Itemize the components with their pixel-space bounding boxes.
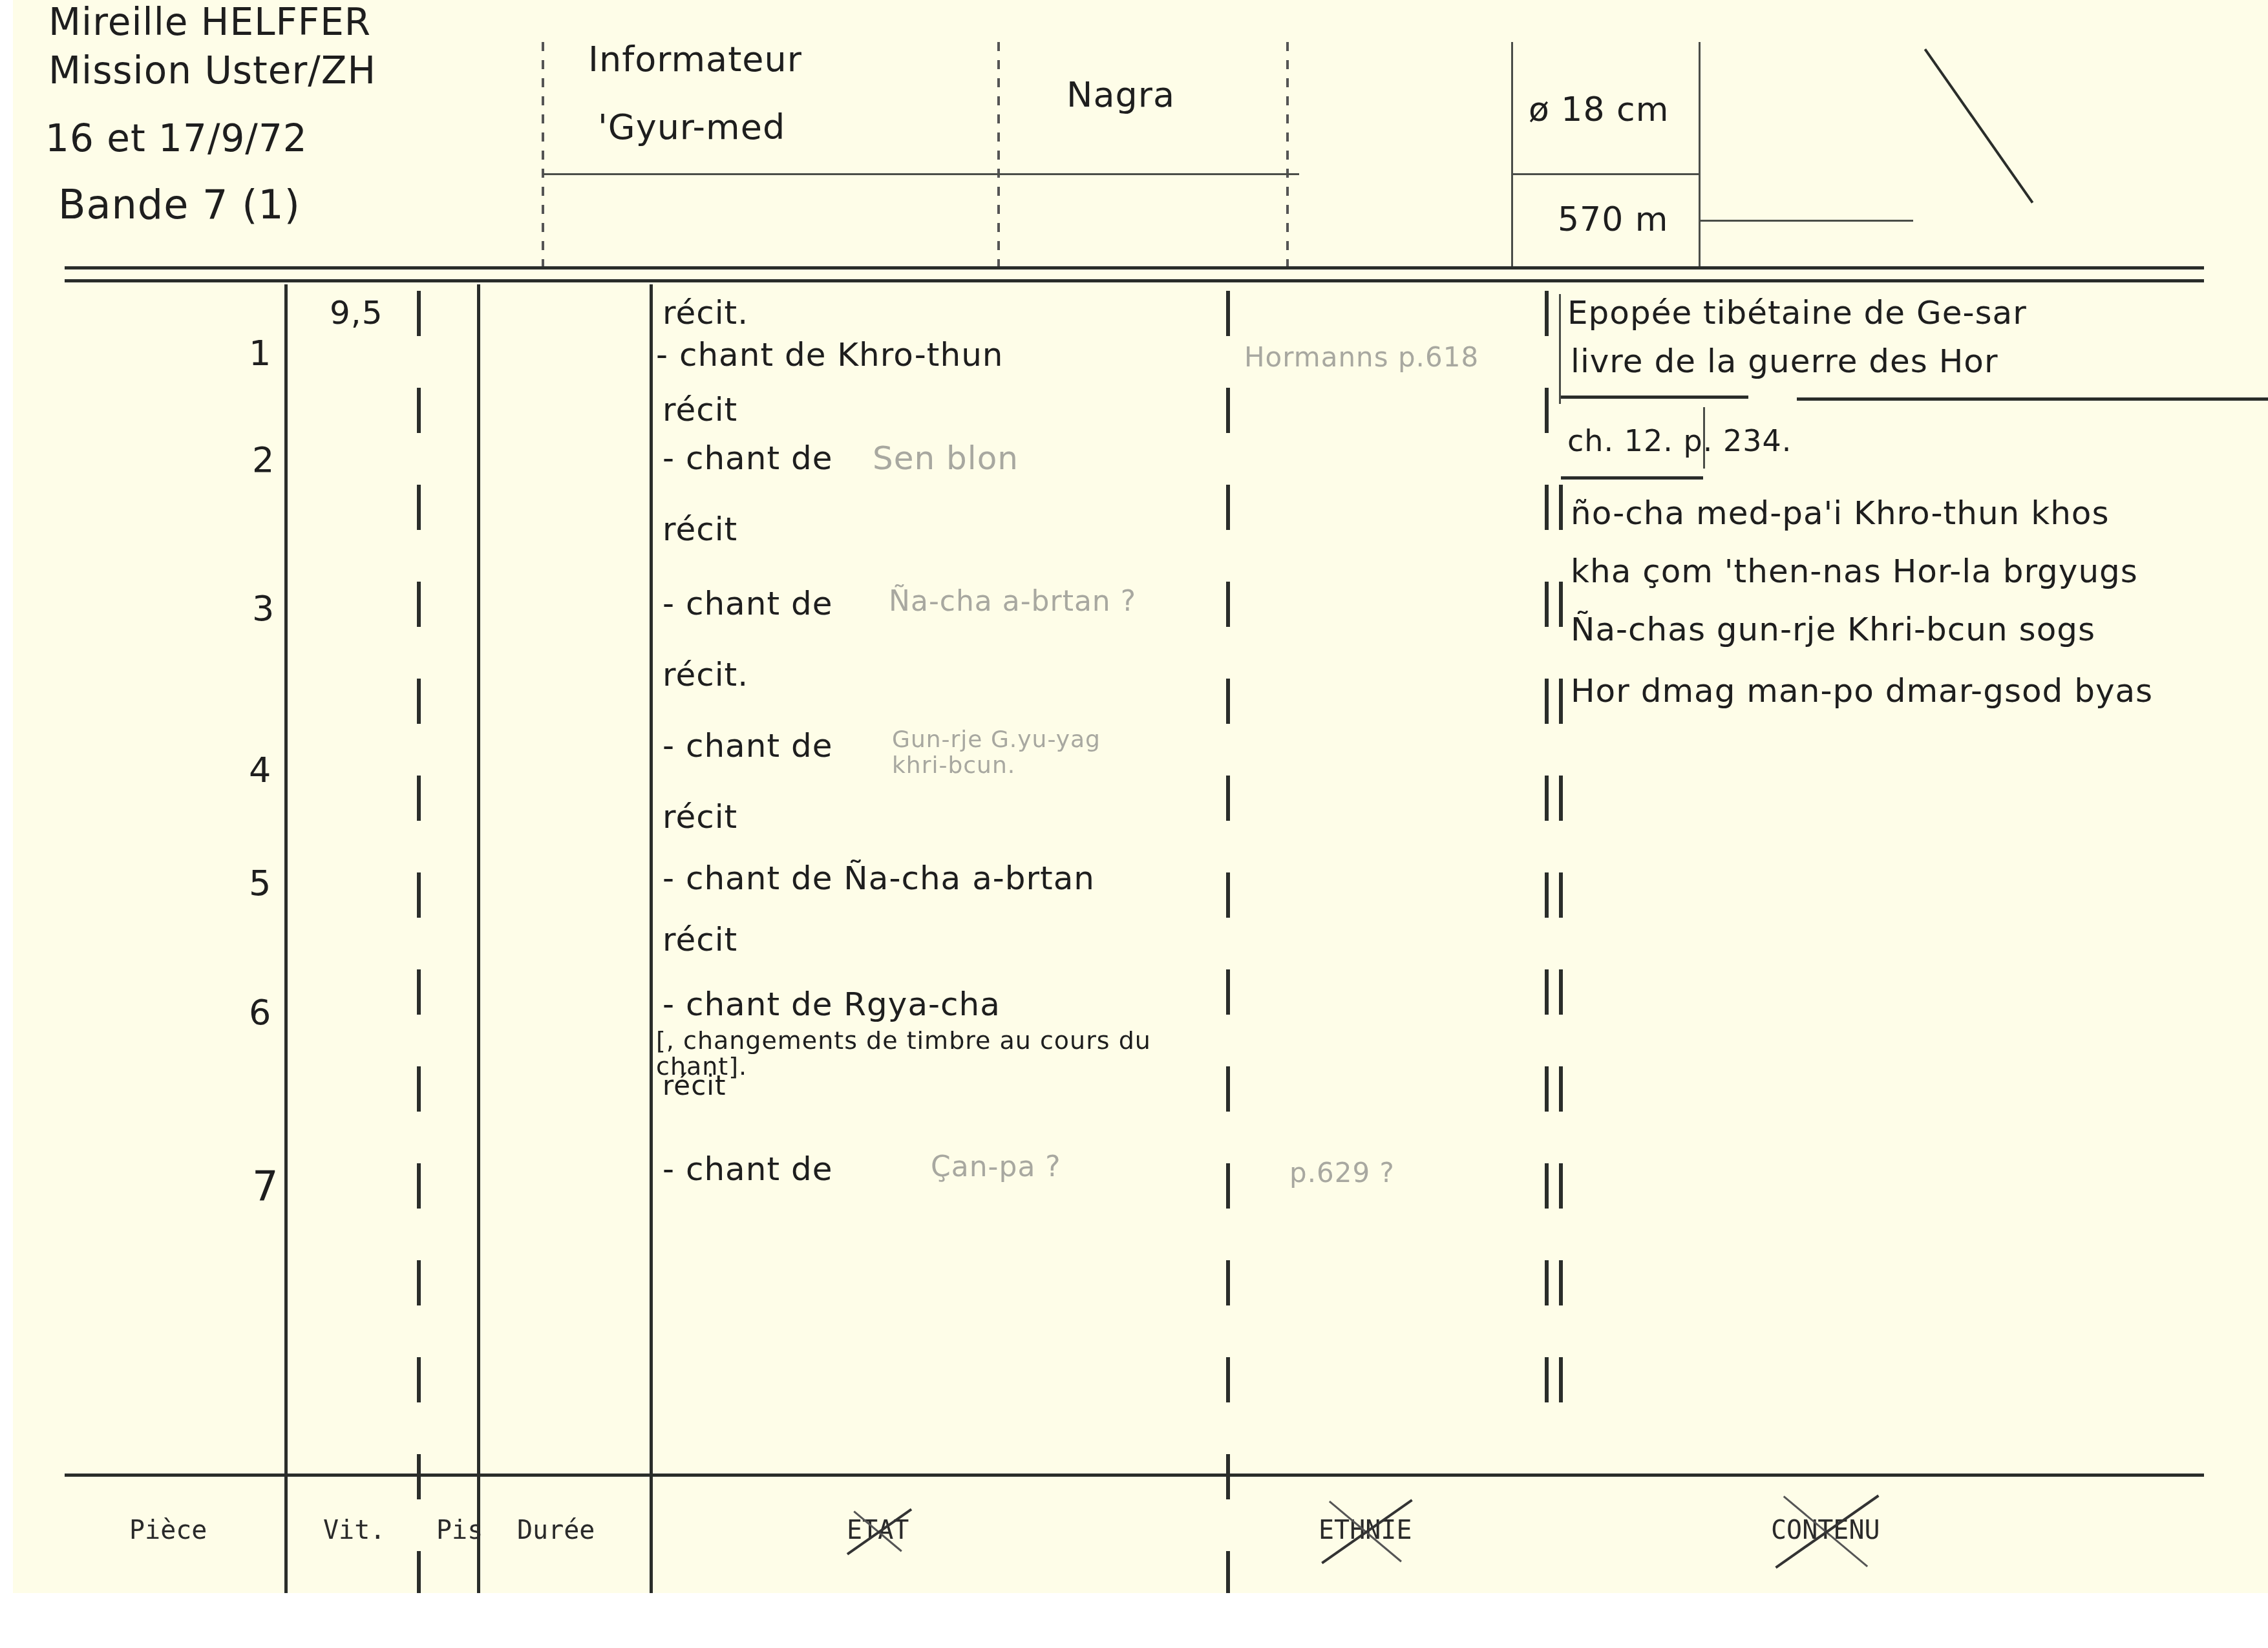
piece-1-line-2: - chant de Khro-thun (656, 336, 1004, 374)
author-name: Mireille HELFFER (48, 0, 371, 44)
piece-number: 7 (252, 1163, 279, 1211)
content-title-1: Epopée tibétaine de Ge-sar (1567, 294, 2027, 332)
tibetan-line-1: ño-cha med-pa'i Khro-thun khos (1571, 494, 2109, 532)
reference-box-edge (1703, 407, 1705, 469)
footer-label-content: CONTENU (1771, 1516, 1880, 1545)
piece-4-line-2: - chant de (662, 727, 832, 765)
piece-7-pencil: Çan-pa ? (931, 1150, 1061, 1183)
footer-label-track: Pis (436, 1516, 483, 1545)
recording-dates: 16 et 17/9/72 (45, 116, 308, 160)
tape-length: 570 m (1558, 200, 1668, 239)
piece-4-pencil: Gun-rje G.yu-yag khri-bcun. (892, 727, 1163, 779)
header-row-divider (1700, 220, 1913, 222)
column-divider-etat (1226, 291, 1230, 1593)
footer-label-piece: Pièce (129, 1516, 207, 1545)
piece-6-line-1: récit (662, 921, 737, 958)
piece-3-line-2: - chant de (662, 585, 832, 622)
footer-label-state: ETAT (847, 1516, 909, 1545)
piece-number: 6 (249, 992, 271, 1033)
piece-1-note: Hormanns p.618 (1244, 341, 1479, 373)
piece-2-line-2: - chant de (662, 439, 832, 477)
piece-5-line-1: récit (662, 798, 737, 836)
header-divider (997, 42, 1000, 268)
underline (1561, 396, 1748, 399)
piece-number: 4 (249, 750, 271, 790)
piece-2-pencil: Sen blon (873, 439, 1019, 477)
column-divider-ethnie (1545, 291, 1549, 1454)
content-title-2: livre de la guerre des Hor (1571, 343, 1998, 380)
piece-1-line-1: récit. (662, 294, 748, 332)
header-divider (1699, 42, 1701, 268)
column-divider-vit (477, 284, 480, 1593)
content-reference: ch. 12. p. 234. (1567, 423, 1792, 458)
header-row-divider (1512, 173, 1700, 175)
piece-7-note: p.629 ? (1289, 1157, 1395, 1188)
header-separator (65, 266, 2204, 269)
header-row-divider (543, 173, 1299, 175)
piece-6-line-4: récit (662, 1070, 726, 1101)
piece-number: 5 (249, 863, 271, 903)
tibetan-line-2: kha çom 'then-nas Hor-la brgyugs (1571, 553, 2138, 590)
informant-name: 'Gyur-med (598, 107, 785, 147)
tibetan-line-3: Ña-chas gun-rje Khri-bcun sogs (1571, 611, 2095, 648)
piece-6-line-3: [, changements de timbre au cours du cha… (656, 1028, 1225, 1079)
piece-5-line-2: - chant de Ña-cha a-brtan (662, 860, 1095, 897)
mission-location: Mission Uster/ZH (48, 48, 376, 92)
footer-separator (65, 1474, 2204, 1477)
column-divider-duree (650, 284, 653, 1593)
piece-4-line-1: récit. (662, 656, 748, 693)
content-bracket (1559, 294, 1561, 404)
archive-card: Mireille HELFFER Mission Uster/ZH 16 et … (13, 0, 2268, 1593)
header-divider (1511, 42, 1513, 268)
piece-7-line-1: - chant de (662, 1150, 832, 1188)
piece-3-pencil: Ña-cha a-brtan ? (889, 585, 1136, 618)
tibetan-line-4: Hor dmag man-po dmar-gsod byas (1571, 672, 2153, 710)
struck-content-label: CONTENU (1771, 1516, 1880, 1545)
header-separator (65, 279, 2204, 282)
content-left-rule (1559, 485, 1563, 1454)
header-divider (542, 42, 544, 268)
diagonal-stroke (1924, 48, 2034, 204)
piece-3-line-1: récit (662, 511, 737, 548)
underline (1561, 476, 1703, 480)
informant-label: Informateur (588, 39, 802, 79)
piece-number: 2 (252, 439, 274, 480)
struck-ethnie-label: ETHNIE (1319, 1516, 1412, 1545)
column-divider-piece (284, 284, 288, 1593)
underline (1797, 397, 2268, 401)
piece-number: 1 (249, 333, 271, 374)
tape-number: Bande 7 (1) (58, 181, 301, 228)
struck-state-label: ETAT (847, 1516, 909, 1545)
footer-label-ethnie: ETHNIE (1319, 1516, 1412, 1545)
speed-value: 9,5 (330, 294, 383, 332)
piece-2-line-1: récit (662, 391, 737, 428)
reel-diameter: ø 18 cm (1529, 90, 1669, 129)
recorder-name: Nagra (1066, 74, 1175, 115)
footer-label-speed: Vit. (323, 1516, 385, 1545)
piece-number: 3 (252, 588, 274, 629)
piece-6-line-2: - chant de Rgya-cha (662, 986, 1001, 1023)
column-divider-pis (417, 291, 421, 1593)
footer-label-duration: Durée (517, 1516, 595, 1545)
header-divider (1286, 42, 1289, 268)
